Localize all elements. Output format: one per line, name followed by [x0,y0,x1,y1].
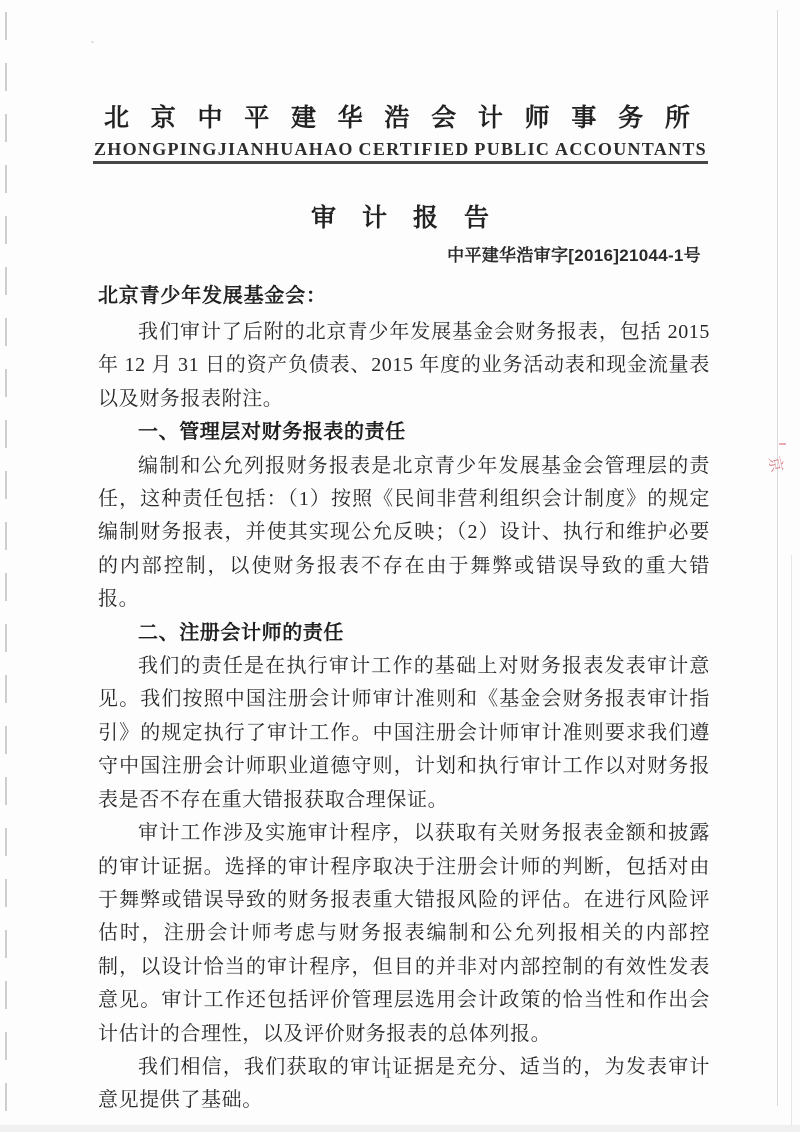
letter-fragment: 计 [478,98,503,134]
letter-fragment: 审 [311,198,336,234]
letter-fragment: 平 [244,98,269,134]
letterhead-firm-name-en: ZHONGPINGJIANHUAHAOCERTIFIEDPUBLICACCOUN… [94,139,707,160]
letter-fragment: 北 [104,98,129,134]
heading-management-responsibility: 一、管理层对财务报表的责任 [98,416,710,449]
letter-fragment: 事 [571,98,596,134]
addressee-line: 北京青少年发展基金会： [98,279,327,308]
letter-fragment: 中 [197,98,222,134]
paragraph-cpa-responsibility: 我们的责任是在执行审计工作的基础上对财务报表发表审计意见。我们按照中国注册会计师… [98,650,710,817]
letter-fragment: 会 [431,98,456,134]
letterhead-divider-rule [93,161,708,164]
page-number: 1 [0,1066,776,1083]
scan-edge-line [791,555,792,1132]
report-title: 审计报告 [95,198,705,234]
scan-bottom-edge [0,1125,800,1132]
letterhead-firm-name-cn: 北京中平建华浩会计师事务所 [104,98,690,134]
letter-fragment: 务 [618,98,643,134]
report-reference-number: 中平建华浩审字[2016]21044-1号 [447,241,701,266]
heading-cpa-responsibility: 二、注册会计师的责任 [98,617,710,650]
letter-fragment: 华 [338,98,363,134]
paragraph-audit-evidence-basis: 我们相信，我们获取的审计证据是充分、适当的，为发表审计意见提供了基础。 [98,1051,710,1118]
letter-fragment: 浩 [384,98,409,134]
intro-paragraph: 我们审计了后附的北京青少年发展基金会财务报表，包括 2015 年 12 月 31… [98,316,710,416]
red-edge-stamp-fragment: 京 [766,455,784,476]
letter-fragment: 所 [665,98,690,134]
scan-binding-artifacts [5,12,7,1116]
letter-fragment: CERTIFIED [359,139,470,160]
scan-speck [91,41,94,43]
report-body: 我们审计了后附的北京青少年发展基金会财务报表，包括 2015 年 12 月 31… [98,316,710,1118]
scan-fold-line [777,10,778,1106]
letter-fragment: 报 [413,198,438,234]
red-ink-tick [779,443,786,445]
paragraph-management-responsibility: 编制和公允列报财务报表是北京青少年发展基金会管理层的责任，这种责任包括：（1）按… [98,450,710,617]
paragraph-audit-procedures: 审计工作涉及实施审计程序，以获取有关财务报表金额和披露的审计证据。选择的审计程序… [98,817,710,1051]
letter-fragment: ACCOUNTANTS [555,139,707,160]
report-title-text: 审计报告 [311,198,489,234]
letter-fragment: 京 [151,98,176,134]
letter-fragment: 师 [525,98,550,134]
letter-fragment: 告 [464,198,489,234]
letter-fragment: ZHONGPINGJIANHUAHAO [94,139,354,160]
letter-fragment: 计 [362,198,387,234]
scanned-audit-report-page: 京 北京中平建华浩会计师事务所 ZHONGPINGJIANHUAHAOCERTI… [0,0,800,1132]
letter-fragment: 建 [291,98,316,134]
letter-fragment: PUBLIC [474,139,550,160]
